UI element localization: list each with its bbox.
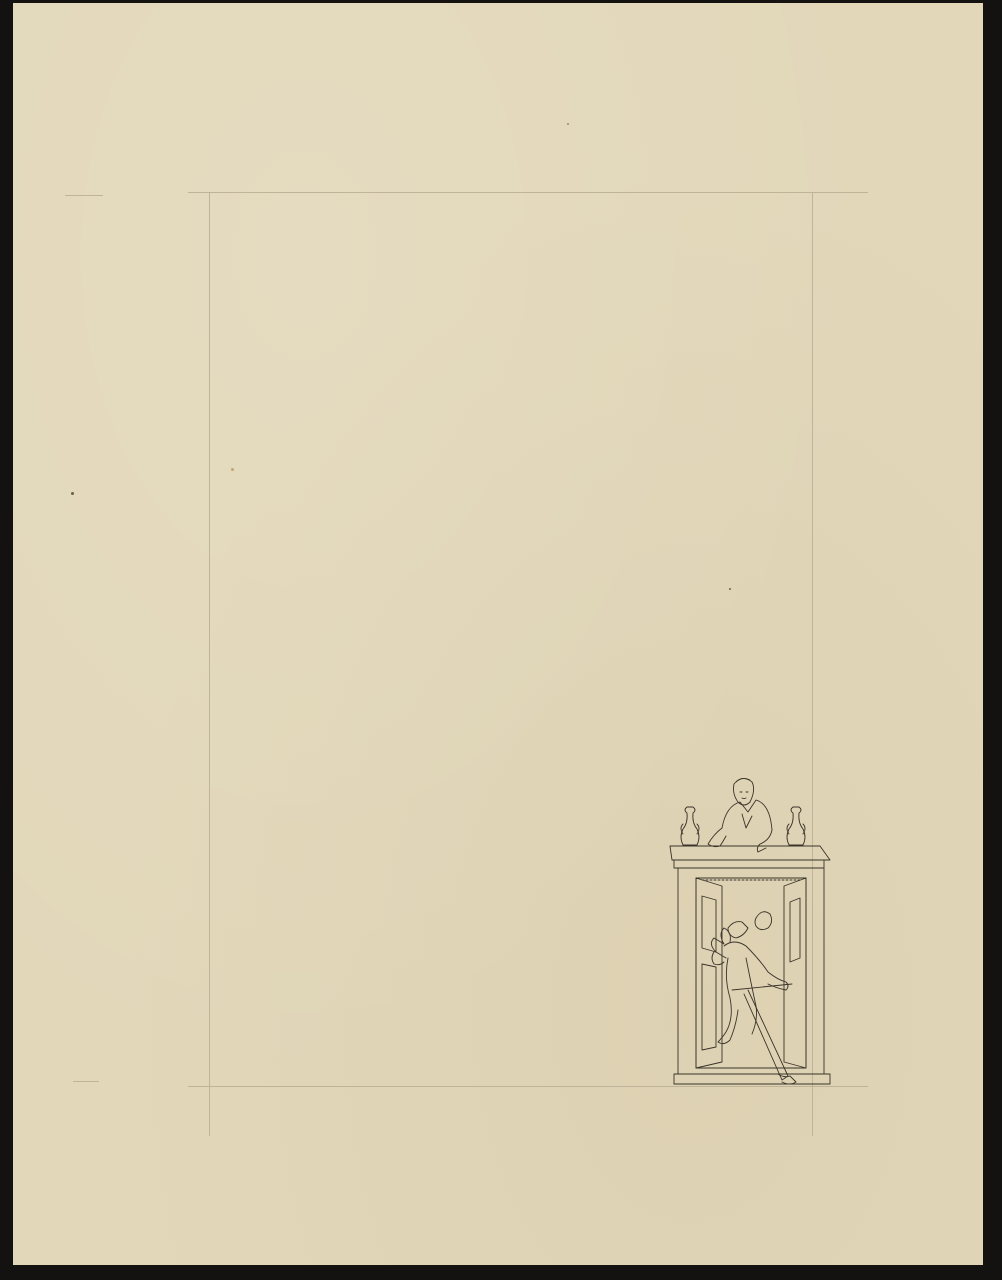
frame-line-left (209, 192, 210, 1136)
cabinet-opening (696, 878, 806, 1068)
sword (732, 984, 792, 1080)
ink-illustration (662, 768, 838, 1100)
paper-speck (567, 123, 569, 125)
paper-speck (71, 492, 74, 495)
tick-mark-top-left (65, 195, 103, 196)
frame-line-top (188, 192, 868, 193)
paper-speck (231, 468, 234, 471)
vase-right-icon (787, 807, 805, 845)
peeking-head (755, 912, 772, 930)
vase-left-icon (681, 807, 699, 845)
paper-speck (729, 588, 731, 590)
cabinet-cornice (670, 846, 830, 868)
cabinet-body (674, 868, 830, 1084)
right-door (784, 878, 806, 1068)
peering-figure (708, 778, 772, 852)
tick-mark-bottom-left (73, 1081, 99, 1082)
left-door (696, 878, 722, 1068)
bursting-figure (711, 922, 796, 1084)
